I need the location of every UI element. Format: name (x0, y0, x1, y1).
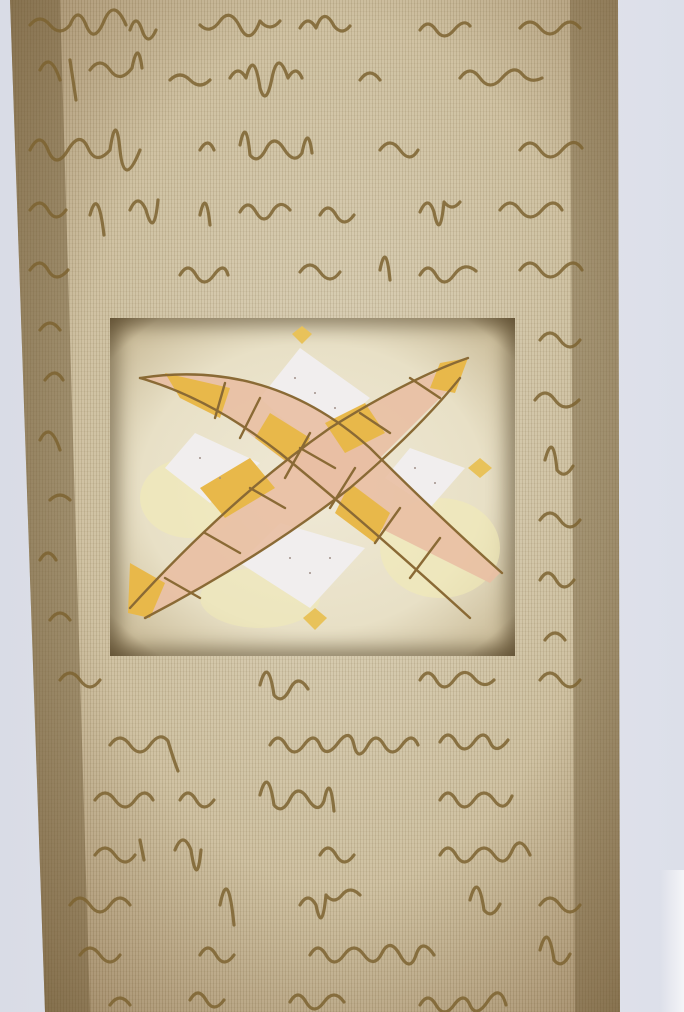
geometric-painting (110, 318, 515, 656)
painted-window (110, 318, 515, 656)
small-diamond-right (468, 458, 492, 478)
small-diamond-top (292, 326, 312, 344)
